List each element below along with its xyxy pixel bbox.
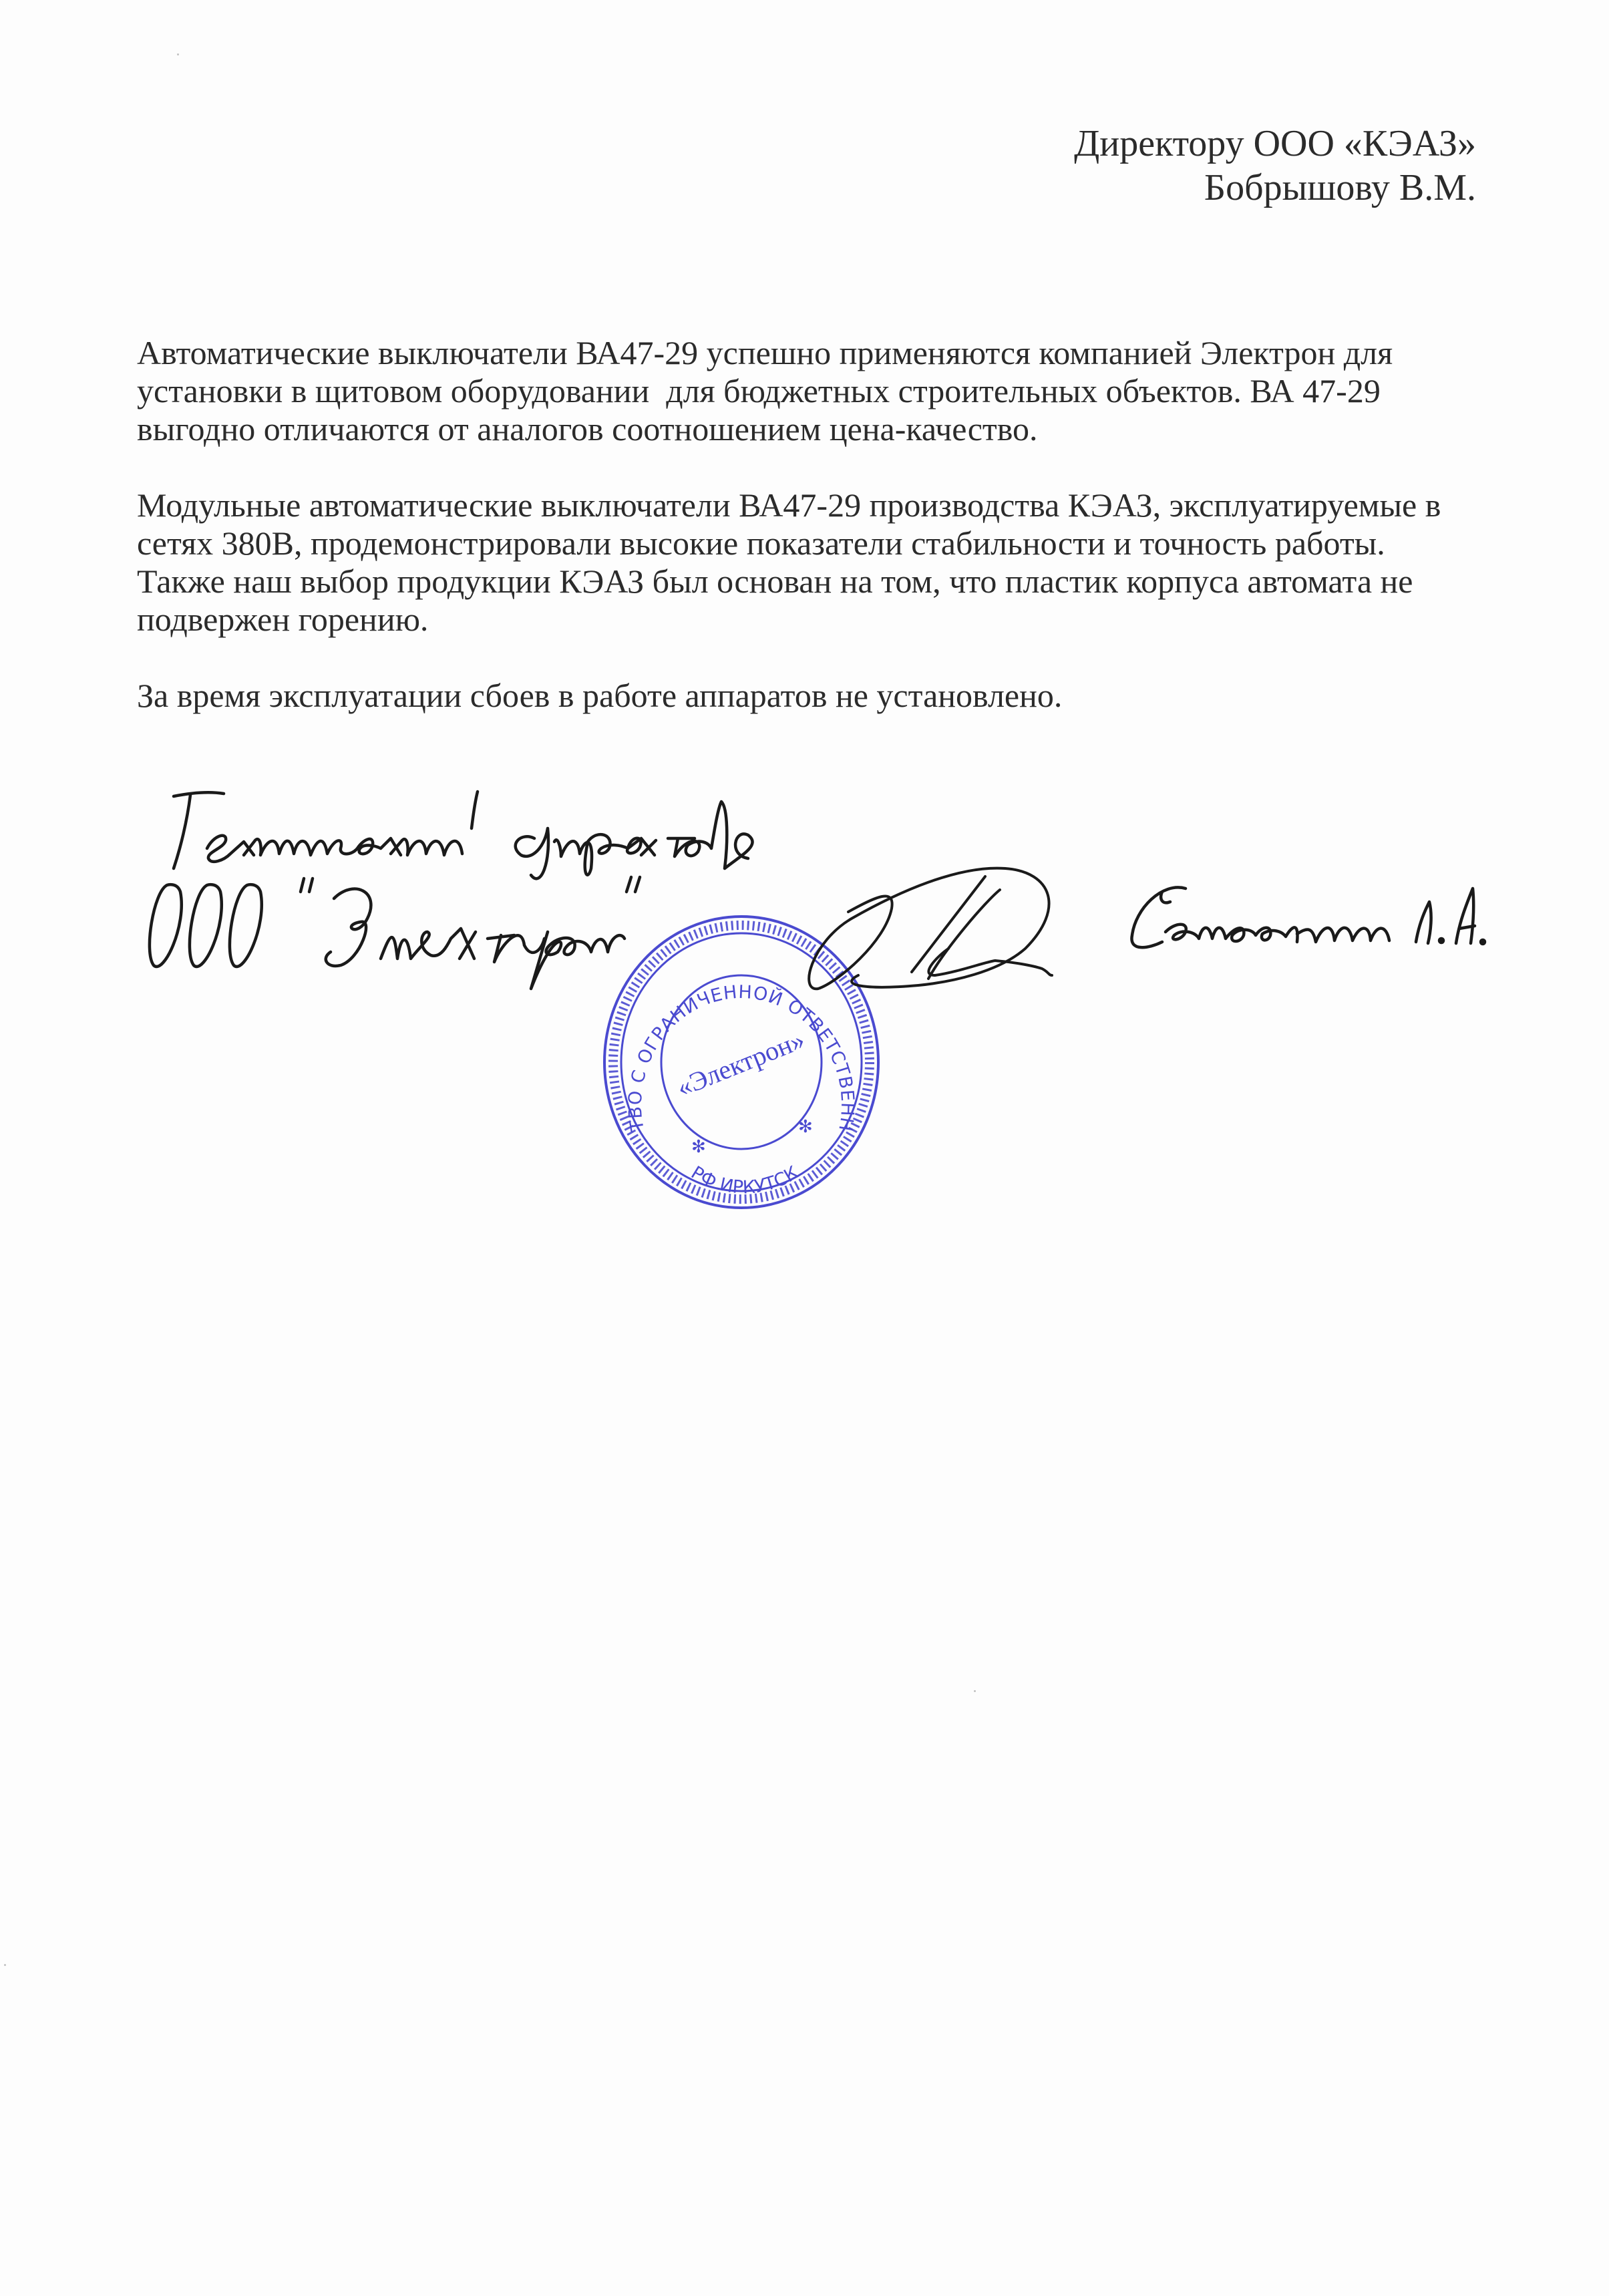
- letter-page: Директору ООО «КЭАЗ» Бобрышову В.М. Авто…: [0, 0, 1609, 2296]
- scan-speck: [177, 53, 179, 55]
- text-line: Автоматические выключатели ВА47-29 успеш…: [137, 334, 1441, 372]
- paragraph-2: Модульные автоматические выключатели ВА4…: [137, 486, 1441, 639]
- text-line: Модульные автоматические выключатели ВА4…: [137, 486, 1441, 524]
- scan-speck: [4, 1964, 6, 1966]
- stamp-center-text: «Электрон»: [673, 1024, 809, 1102]
- text-line: установки в щитовом оборудовании для бюд…: [137, 372, 1441, 410]
- paragraph-1: Автоматические выключатели ВА47-29 успеш…: [137, 334, 1441, 448]
- text-line: подвержен горению.: [137, 601, 1441, 639]
- letter-body: Автоматические выключатели ВА47-29 успеш…: [137, 334, 1441, 753]
- stamp-star-icon: ✻: [798, 1117, 813, 1137]
- handwritten-signature-icon: [785, 848, 1079, 1015]
- text-line: Также наш выбор продукции КЭАЗ был основ…: [137, 562, 1441, 601]
- addressee-title: Директору ООО «КЭАЗ»: [1074, 122, 1476, 166]
- scan-speck: [974, 1690, 976, 1692]
- addressee-name: Бобрышову В.М.: [1074, 166, 1476, 210]
- text-line: сетях 380В, продемонстрировали высокие п…: [137, 524, 1441, 562]
- handwritten-name: Сенюськин Л.А.: [1122, 868, 1603, 962]
- stamp-star-icon: ✻: [691, 1137, 706, 1157]
- addressee-block: Директору ООО «КЭАЗ» Бобрышову В.М.: [1074, 122, 1476, 210]
- text-line: выгодно отличаются от аналогов соотношен…: [137, 410, 1441, 448]
- text-line: За время эксплуатации сбоев в работе апп…: [137, 677, 1441, 715]
- paragraph-3: За время эксплуатации сбоев в работе апп…: [137, 677, 1441, 715]
